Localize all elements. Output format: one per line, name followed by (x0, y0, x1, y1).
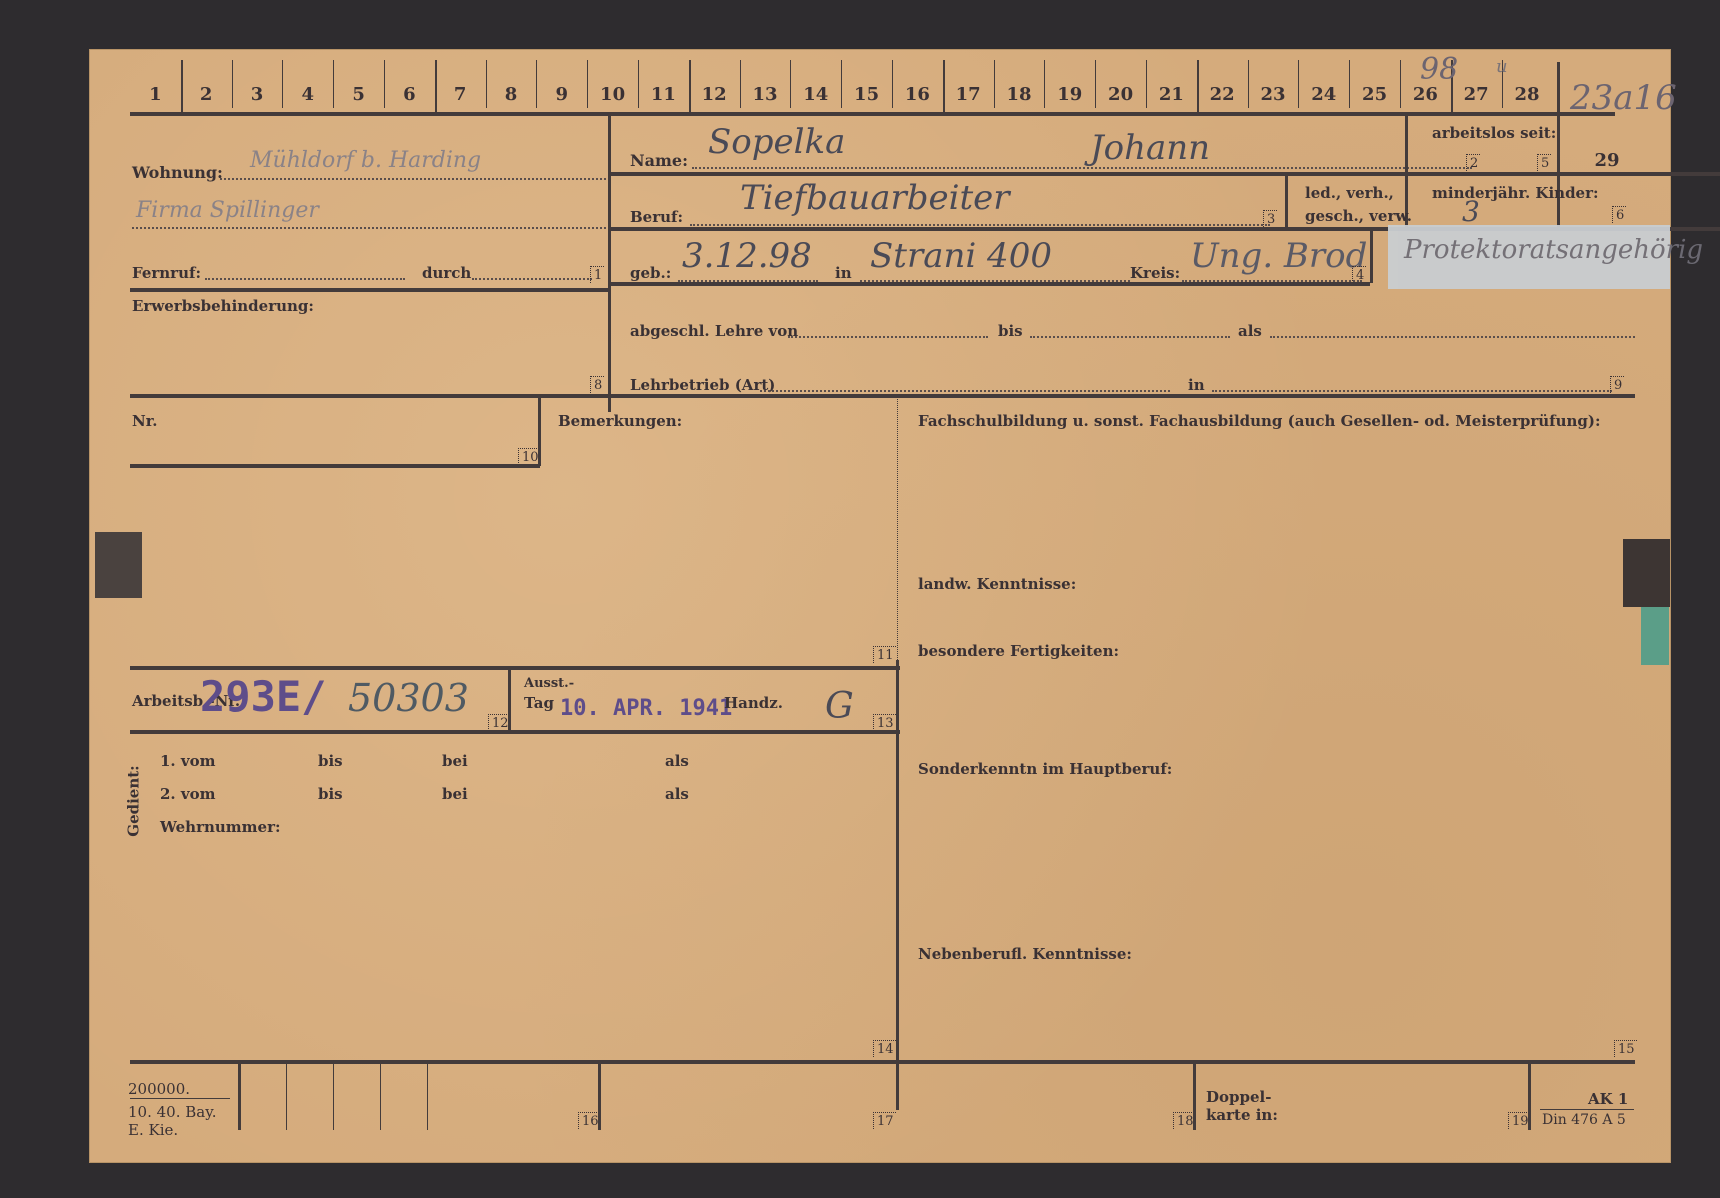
divider (238, 1062, 241, 1130)
corner-number: 29 (1577, 150, 1637, 171)
address-handwriting-2: Firma Spillinger (136, 198, 319, 223)
employment-book-number: 50303 (348, 676, 469, 720)
column-number: 1 (130, 84, 181, 105)
surname-handwriting: Sopelka (708, 122, 845, 162)
column-number: 4 (282, 84, 333, 105)
apprentice-until-label: bis (998, 322, 1023, 340)
column-number: 14 (790, 84, 841, 105)
place-label: in (835, 264, 852, 282)
agri-label: landw. Kenntnisse: (918, 575, 1076, 593)
phone-label: Fernruf: (132, 264, 201, 282)
duplicate-label-2: karte in: (1206, 1106, 1278, 1124)
special-main-label: Sonderkenntn im Hauptberuf: (918, 760, 1172, 778)
column-number: 19 (1044, 84, 1095, 105)
print-run: 200000. (128, 1080, 190, 1098)
address-line-1 (220, 178, 610, 180)
column-number: 22 (1197, 84, 1248, 105)
divider (1193, 1062, 1196, 1130)
vocational-label: Fachschulbildung u. sonst. Fachausbildun… (918, 412, 1601, 430)
column-number: 24 (1298, 84, 1349, 105)
apprentice-in-label: in (1188, 376, 1205, 394)
marital-options-1: led., verh., (1305, 184, 1394, 202)
ruler-bottom-line (130, 112, 1615, 116)
divider (427, 1062, 428, 1130)
box-4: 4 (1352, 266, 1366, 283)
box-3: 3 (1263, 210, 1277, 227)
apprentice-company-label: Lehrbetrieb (Art) (630, 376, 775, 394)
divider (130, 394, 1635, 398)
din-label: Din 476 A 5 (1542, 1112, 1626, 1128)
divider (1540, 1109, 1634, 1110)
via-field (472, 278, 592, 280)
company-in-field (1212, 390, 1612, 392)
name-label: Name: (630, 151, 688, 170)
issued-label-2: Tag (524, 694, 554, 712)
green-mark (1641, 607, 1669, 665)
box-1: 1 (590, 266, 604, 283)
apprentice-as-field (1270, 336, 1635, 338)
box-11: 11 (873, 646, 896, 663)
attached-paper-strip: Protektoratsangehörig (1388, 225, 1670, 289)
divider (380, 1062, 381, 1130)
column-number: 9 (536, 84, 587, 105)
column-number: 2 (181, 84, 232, 105)
column-number: 26 (1400, 84, 1451, 105)
footer-top-line (130, 1060, 1635, 1064)
duplicate-label-1: Doppel- (1206, 1088, 1271, 1106)
firstname-handwriting: Johann (1090, 128, 1210, 168)
minor-children-label: minderjähr. Kinder: (1432, 184, 1599, 202)
column-number: 28 (1502, 84, 1553, 105)
column-number: 27 (1451, 84, 1502, 105)
address-label: Wohnung: (132, 163, 223, 182)
column-number: 25 (1349, 84, 1400, 105)
box-5: 5 (1537, 154, 1551, 171)
column-number: 7 (435, 84, 486, 105)
box-8: 8 (590, 376, 604, 393)
column-number: 13 (740, 84, 791, 105)
occupation-field (690, 224, 1270, 226)
divider (1528, 1062, 1531, 1130)
mil-row2-at: bei (442, 785, 468, 803)
divider (130, 730, 900, 734)
corner-handwriting: 23a16 (1570, 78, 1677, 118)
employment-book-stamp: 293E/ (200, 672, 326, 721)
column-number: 10 (587, 84, 638, 105)
apprentice-until-field (1030, 336, 1230, 338)
remarks-divider (897, 396, 898, 660)
handwriting-27: u (1496, 56, 1508, 77)
mil-row2-as: als (665, 785, 689, 803)
column-number: 11 (638, 84, 689, 105)
via-label: durch (422, 264, 471, 282)
column-number: 6 (384, 84, 435, 105)
military-vertical-label: Gedient: (125, 765, 143, 836)
company-field (760, 390, 1170, 392)
column-number: 5 (333, 84, 384, 105)
column-number: 18 (994, 84, 1045, 105)
divider (130, 666, 900, 670)
apprentice-from-field (788, 336, 988, 338)
box-15: 15 (1614, 1040, 1637, 1057)
box-13: 13 (873, 714, 896, 731)
occupation-label: Beruf: (630, 208, 683, 226)
mil-row1-as: als (665, 752, 689, 770)
disability-label: Erwerbsbehinderung: (132, 297, 314, 315)
box-14: 14 (873, 1040, 896, 1057)
column-number: 17 (943, 84, 994, 105)
unemployed-label: arbeitslos seit: (1432, 124, 1556, 142)
form-id: AK 1 (1588, 1090, 1628, 1108)
column-number: 12 (689, 84, 740, 105)
name-field (692, 167, 1472, 169)
column-number: 3 (232, 84, 283, 105)
divider (508, 668, 511, 730)
district-label: Kreis: (1130, 264, 1180, 282)
divider (130, 464, 540, 468)
mil-row1-until: bis (318, 752, 343, 770)
occupation-handwriting: Tiefbauarbeiter (740, 178, 1010, 218)
divider (598, 1062, 601, 1130)
divider (130, 1098, 230, 1099)
mil-row1-from: 1. vom (160, 752, 215, 770)
minor-children-value: 3 (1462, 195, 1480, 228)
divider (333, 1062, 334, 1130)
printer: E. Kie. (128, 1121, 178, 1139)
divider (1370, 228, 1373, 283)
divider (130, 288, 610, 292)
marital-options-2: gesch., verw. (1305, 207, 1412, 225)
column-number: 20 (1095, 84, 1146, 105)
birth-place-handwriting: Strani 400 (870, 236, 1052, 276)
address-line-2 (132, 227, 610, 229)
district-handwriting: Ung. Brod (1190, 236, 1367, 276)
mil-row2-until: bis (318, 785, 343, 803)
issued-date-stamp: 10. APR. 1941 (560, 696, 732, 721)
column-number: 23 (1248, 84, 1299, 105)
column-number: 15 (841, 84, 892, 105)
apprentice-as-label: als (1238, 322, 1262, 340)
box-6: 6 (1612, 206, 1626, 223)
divider (896, 660, 899, 1110)
divider (286, 1062, 287, 1130)
left-block-divider (608, 116, 611, 412)
divider (1285, 174, 1288, 229)
box-9: 9 (1610, 376, 1624, 393)
apprenticeship-label: abgeschl. Lehre von (630, 322, 798, 340)
issued-label-1: Ausst.- (524, 676, 574, 691)
strip-handwriting: Protektoratsangehörig (1404, 235, 1703, 265)
handwriting-98: 98 (1420, 52, 1458, 87)
box-17: 17 (873, 1112, 896, 1129)
print-date: 10. 40. Bay. (128, 1103, 216, 1121)
nr-label: Nr. (132, 412, 157, 430)
birth-date-handwriting: 3.12.98 (682, 236, 812, 276)
right-index-tab (1623, 539, 1670, 607)
column-number: 21 (1146, 84, 1197, 105)
signature-label: Handz. (724, 694, 783, 712)
column-number: 8 (486, 84, 537, 105)
divider (610, 172, 1720, 176)
side-job-label: Nebenberufl. Kenntnisse: (918, 945, 1132, 963)
birth-label: geb.: (630, 264, 671, 282)
service-number-label: Wehrnummer: (160, 818, 281, 836)
mil-row1-at: bei (442, 752, 468, 770)
corner-divider (1557, 62, 1560, 227)
remarks-label: Bemerkungen: (558, 412, 682, 430)
special-skills-label: besondere Fertigkeiten: (918, 642, 1119, 660)
phone-field (205, 278, 405, 280)
mil-row2-from: 2. vom (160, 785, 215, 803)
left-index-tab (95, 532, 142, 598)
registration-card: 1234567891011121314151617181920212223242… (90, 50, 1670, 1162)
divider (610, 282, 1370, 286)
signature-handwriting: G (825, 686, 854, 727)
address-handwriting-1: Mühldorf b. Harding (250, 148, 481, 173)
column-number: 16 (892, 84, 943, 105)
box-2: 2 (1466, 154, 1480, 171)
divider (538, 396, 541, 466)
